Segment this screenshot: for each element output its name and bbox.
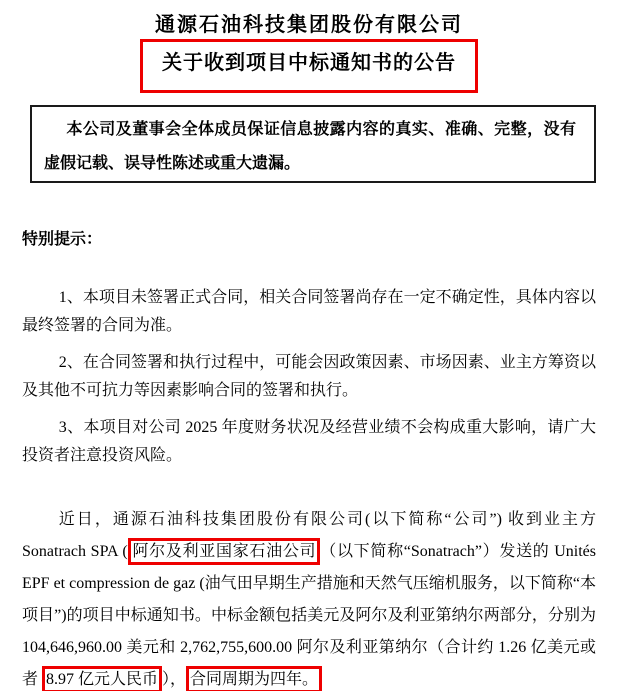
red-highlight-segment: 8.97 亿元人民币 (42, 666, 162, 691)
special-notice-heading: 特别提示： (22, 226, 596, 254)
special-notice-item: 1、本项目未签署正式合同，相关合同签署尚存在一定不确定性，具体内容以最终签署的合… (22, 284, 596, 340)
announcement-title: 关于收到项目中标通知书的公告 (143, 50, 475, 76)
main-body-paragraph: 近日，通源石油科技集团股份有限公司(以下简称“公司”) 收到业主方 Sonatr… (22, 504, 596, 691)
body-text-segment: ）， (162, 671, 186, 688)
special-notice-item: 2、在合同签署和执行过程中，可能会因政策因素、市场因素、业主方筹资以及其他不可抗… (22, 349, 596, 405)
red-annotation-box-title: 关于收到项目中标通知书的公告 (140, 39, 478, 93)
company-name-title: 通源石油科技集团股份有限公司 (22, 12, 596, 38)
special-notice-item: 3、本项目对公司 2025 年度财务状况及经营业绩不会构成重大影响，请广大投资者… (22, 414, 596, 470)
special-notice-list: 1、本项目未签署正式合同，相关合同签署尚存在一定不确定性，具体内容以最终签署的合… (22, 284, 596, 470)
disclaimer-text: 本公司及董事会全体成员保证信息披露内容的真实、准确、完整，没有虚假记载、误导性陈… (44, 113, 576, 181)
red-highlight-segment: 阿尔及利亚国家石油公司 (128, 538, 321, 565)
disclaimer-box: 本公司及董事会全体成员保证信息披露内容的真实、准确、完整，没有虚假记载、误导性陈… (30, 105, 596, 183)
red-highlight-segment: 合同周期为四年。 (186, 666, 322, 691)
announcement-document: 通源石油科技集团股份有限公司 关于收到项目中标通知书的公告 本公司及董事会全体成… (0, 0, 620, 691)
